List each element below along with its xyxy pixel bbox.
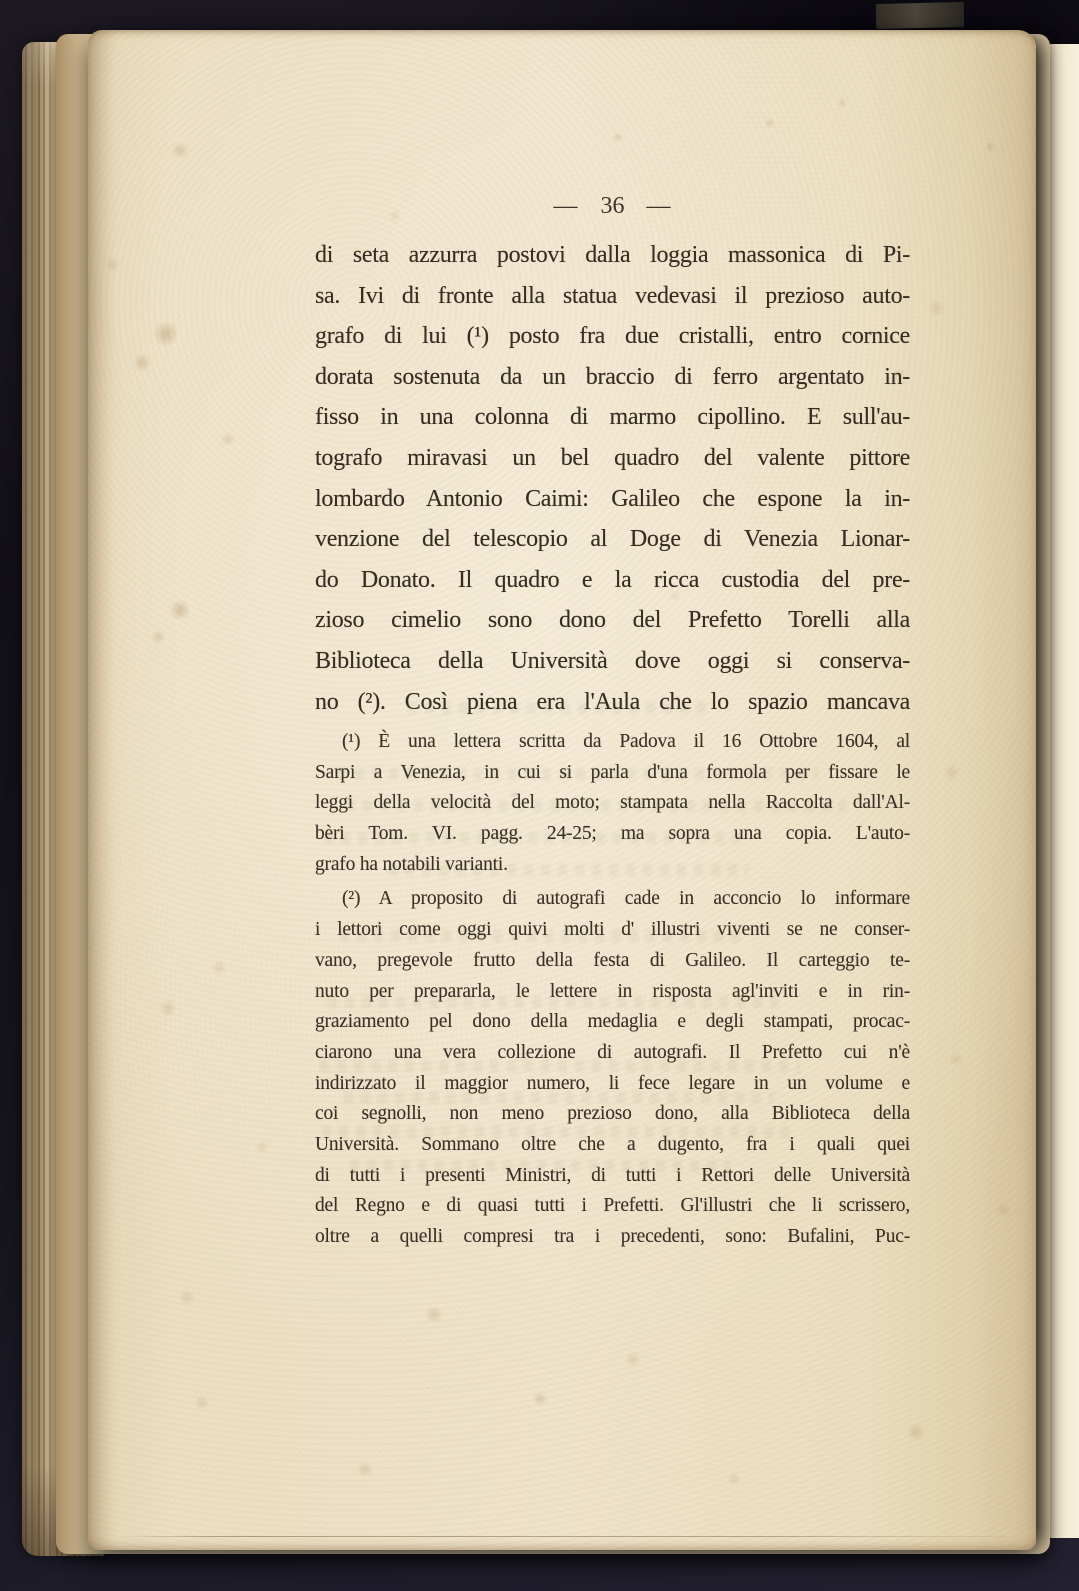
body-text-line: zioso cimelio sono dono del Prefetto Tor… [315, 600, 910, 641]
footnote-line: leggi della velocità del moto; stampata … [315, 788, 910, 819]
body-text-line: venzione del telescopio al Doge di Venez… [315, 519, 910, 560]
body-text-line: do Donato. Il quadro e la ricca custodia… [315, 560, 910, 601]
footnote-line: nuto per prepararla, le lettere in rispo… [315, 977, 910, 1008]
body-text-line: lombardo Antonio Caimi: Galileo che espo… [315, 479, 910, 520]
footnote-line: oltre a quelli compresi tra i precedenti… [315, 1222, 910, 1253]
footnote-line: di tutti i presenti Ministri, di tutti i… [315, 1161, 910, 1192]
footnote-line: Sarpi a Venezia, in cui si parla d'una f… [315, 758, 910, 789]
footnote-line: ciarono una vera collezione di autografi… [315, 1038, 910, 1069]
binding-tab [876, 2, 965, 29]
main-text-block: di seta azzurra postovi dalla loggia mas… [315, 235, 910, 722]
footnote-line: graziamento pel dono della medaglia e de… [315, 1007, 910, 1038]
footnote-1: (¹) È una lettera scritta da Padova il 1… [315, 727, 910, 880]
page-number-dash-left: — [554, 193, 579, 220]
footnote-line: indirizzato il maggior numero, li fece l… [315, 1069, 910, 1100]
page-number: — 36 — [315, 193, 910, 220]
footnote-line: (¹) È una lettera scritta da Padova il 1… [315, 727, 910, 758]
body-text-line: dorata sostenuta da un braccio di ferro … [315, 357, 910, 398]
body-text-line: sa. Ivi di fronte alla statua vedevasi i… [315, 276, 910, 317]
footnote-line: coi segnolli, non meno prezioso dono, al… [315, 1099, 910, 1130]
footnote-line: vano, pregevole frutto della festa di Ga… [315, 946, 910, 977]
book-photo: — 36 — di seta azzurra postovi dalla log… [0, 0, 1079, 1591]
footnote-line: bèri Tom. VI. pagg. 24-25; ma sopra una … [315, 819, 910, 850]
footnote-line: grafo ha notabili varianti. [315, 850, 910, 881]
body-text-line: grafo di lui (¹) posto fra due cristalli… [315, 316, 910, 357]
footnotes-block: (¹) È una lettera scritta da Padova il 1… [315, 727, 910, 1253]
body-text-line: di seta azzurra postovi dalla loggia mas… [315, 235, 910, 276]
footnote-line: Università. Sommano oltre che a dugento,… [315, 1130, 910, 1161]
body-text-line: tografo miravasi un bel quadro del valen… [315, 438, 910, 479]
page-number-value: 36 [601, 193, 625, 220]
body-text-line: no (²). Così piena era l'Aula che lo spa… [315, 682, 910, 723]
footnote-2: (²) A proposito di autografi cade in acc… [315, 884, 910, 1252]
footnote-line: i lettori come oggi quivi molti d' illus… [315, 915, 910, 946]
page-number-dash-right: — [647, 193, 672, 220]
body-text-line: Biblioteca della Università dove oggi si… [315, 641, 910, 682]
book-page: — 36 — di seta azzurra postovi dalla log… [88, 30, 1036, 1550]
body-text-line: fisso in una colonna di marmo cipollino.… [315, 397, 910, 438]
footnote-line: (²) A proposito di autografi cade in acc… [315, 884, 910, 915]
footnote-line: del Regno e di quasi tutti i Prefetti. G… [315, 1191, 910, 1222]
